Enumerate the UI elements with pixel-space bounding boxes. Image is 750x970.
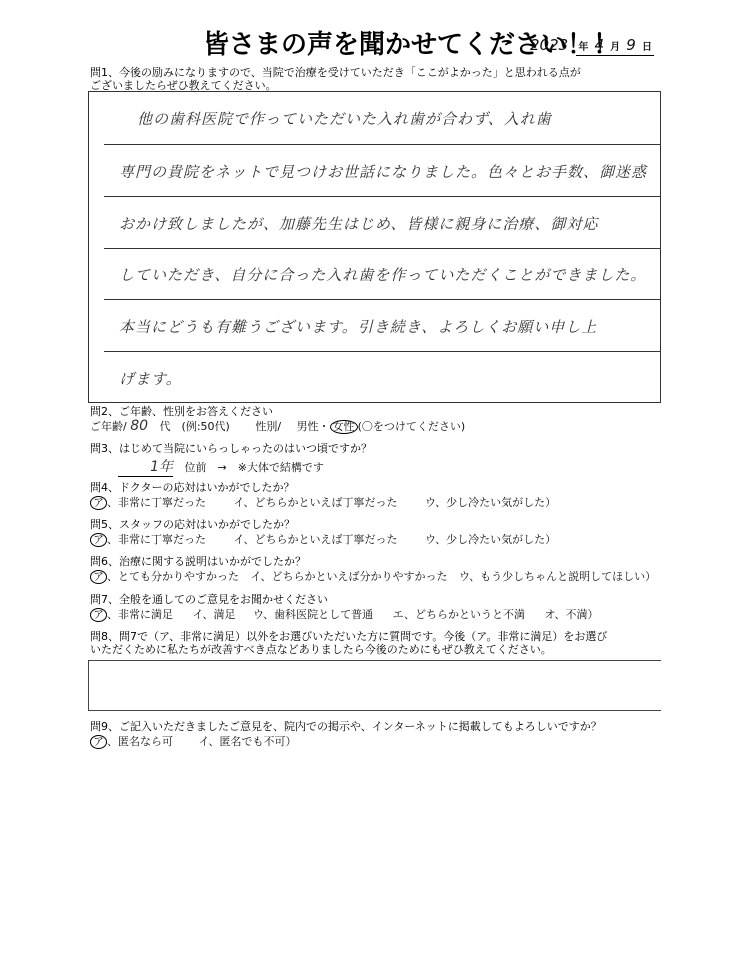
q6-option-b[interactable]: イ、どちらかといえば分かりやすかった bbox=[251, 570, 448, 583]
q5-option-b[interactable]: イ、どちらかといえば丁寧だった bbox=[234, 533, 398, 546]
q8-answer-box[interactable] bbox=[88, 660, 661, 711]
ruled-line bbox=[104, 248, 660, 249]
date-field: 年 4 月 9 日 bbox=[576, 39, 654, 56]
q3-label: 問3、はじめて当院にいらっしゃったのはいつ頃ですか？ bbox=[90, 442, 372, 455]
age-value[interactable]: 80 bbox=[130, 418, 148, 434]
q6-label: 問6、治療に関する説明はいかがでしたか？ bbox=[90, 555, 306, 568]
q1-answer-line: していただき、自分に合った入れ歯を作っていただくことができました。 bbox=[119, 264, 646, 285]
q7-label: 問7、全般を通してのご意見をお聞かせください bbox=[90, 593, 328, 606]
q4-label: 問4、ドクターの応対はいかがでしたか？ bbox=[90, 481, 295, 494]
q1-answer-line: 本当にどうも有難うございます。引き続き、よろしくお願い申し上 bbox=[119, 316, 597, 337]
q2-label: 問2、ご年齢、性別をお答えください bbox=[90, 405, 273, 418]
q1-answer-box[interactable]: 他の歯科医院で作っていただいた入れ歯が合わず、入れ歯 専門の貴院をネットで見つけ… bbox=[88, 91, 661, 403]
q1-answer-line: 他の歯科医院で作っていただいた入れ歯が合わず、入れ歯 bbox=[137, 108, 552, 129]
q7-option-e[interactable]: オ、不満） bbox=[544, 608, 598, 621]
first-visit-value[interactable]: 1年 bbox=[118, 456, 173, 477]
q4-option-c[interactable]: ウ、少し冷たい気がした） bbox=[425, 496, 556, 509]
q2-answer: ご年齢/ 80 代 (例:50代) 性別/ 男性・女性(〇をつけてください) bbox=[90, 418, 465, 434]
gender-female-option-selected[interactable]: 女性 bbox=[330, 420, 358, 434]
q7-option-d[interactable]: エ、どちらかというと不満 bbox=[393, 608, 525, 621]
q8-label: 問8、問7で（ア、非常に満足）以外をお選びいただいた方に質問です。今後（ア。非常… bbox=[90, 630, 607, 656]
q1-answer-line: おかけ致しましたが、加藤先生はじめ、皆様に親身に治療、御対応 bbox=[119, 213, 598, 234]
date-day: 9 bbox=[626, 36, 636, 54]
q9-label: 問9、ご記入いただきましたご意見を、院内での掲示や、インターネットに掲載してもよ… bbox=[90, 720, 602, 733]
q5-option-c[interactable]: ウ、少し冷たい気がした） bbox=[425, 533, 556, 546]
q5-label: 問5、スタッフの応対はいかがでしたか？ bbox=[90, 518, 295, 531]
q6-option-c[interactable]: ウ、もう少しちゃんと説明してほしい） bbox=[459, 570, 656, 583]
q7-option-c[interactable]: ウ、歯科医院として普通 bbox=[253, 608, 373, 621]
q7-options: ア、非常に満足 イ、満足 ウ、歯科医院として普通 エ、どちらかというと不満 オ、… bbox=[90, 606, 599, 622]
q9-option-b[interactable]: イ、匿名でも不可） bbox=[199, 735, 297, 748]
q3-answer: 1年 位前 → ※大体で結構です bbox=[118, 456, 324, 477]
q4-option-b[interactable]: イ、どちらかといえば丁寧だった bbox=[234, 496, 398, 509]
ruled-line bbox=[104, 299, 660, 300]
ruled-line bbox=[104, 351, 660, 352]
survey-date: 2023 年 4 月 9 日 bbox=[530, 36, 654, 54]
q4-options: ア、非常に丁寧だった イ、どちらかといえば丁寧だった ウ、少し冷たい気がした） bbox=[90, 494, 556, 510]
q9-option-a-selected[interactable]: ア bbox=[90, 735, 107, 749]
q1-answer-line: 専門の貴院をネットで見つけお世話になりました。色々とお手数、御迷惑 bbox=[119, 161, 647, 182]
q7-option-b[interactable]: イ、満足 bbox=[193, 608, 236, 621]
date-month: 4 bbox=[594, 36, 604, 54]
date-year: 2023 bbox=[530, 36, 568, 54]
q7-option-a-selected[interactable]: ア bbox=[90, 608, 107, 622]
q6-options: ア、とても分かりやすかった イ、どちらかといえば分かりやすかった ウ、もう少しち… bbox=[90, 568, 656, 584]
q1-label: 問1、今後の励みになりますので、当院で治療を受けていただき「ここがよかった」と思… bbox=[90, 66, 581, 92]
q9-options: ア、匿名なら可 イ、匿名でも不可） bbox=[90, 733, 297, 749]
q1-answer-line: げます。 bbox=[119, 368, 182, 389]
q5-option-a-selected[interactable]: ア bbox=[90, 533, 107, 547]
q6-option-a-selected[interactable]: ア bbox=[90, 570, 107, 584]
q4-option-a-selected[interactable]: ア bbox=[90, 496, 107, 510]
ruled-line bbox=[104, 144, 660, 145]
ruled-line bbox=[104, 196, 660, 197]
gender-male-option[interactable]: 男性・ bbox=[297, 420, 330, 433]
q5-options: ア、非常に丁寧だった イ、どちらかといえば丁寧だった ウ、少し冷たい気がした） bbox=[90, 531, 556, 547]
